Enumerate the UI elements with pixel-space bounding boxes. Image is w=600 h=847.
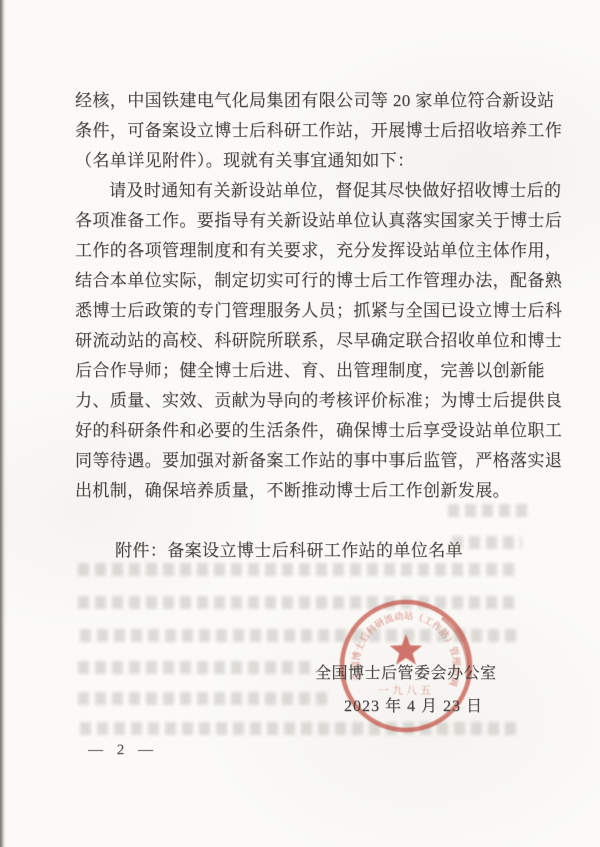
bleed-through-row [452,536,522,549]
scanned-document-page: 经核，中国铁建电气化局集团有限公司等 20 家单位符合新设站条件，可备案设立博士… [0,0,600,847]
bleed-through-row [78,661,310,674]
body-line: 各项准备工作。要指导有关新设站单位认真落实国家关于博士后 [75,206,530,236]
body-line: 请及时通知有关新设站单位，督促其尽快做好招收博士后的 [75,176,530,206]
scan-edge-artifact [0,0,7,847]
body-line: 结合本单位实际，制定切实可行的博士后工作管理办法，配备熟 [75,266,530,296]
document-date: 2023 年 4 月 23 日 [344,693,483,716]
body-line: 经核，中国铁建电气化局集团有限公司等 20 家单位符合新设站 [75,86,530,116]
bleed-through-row [448,504,528,517]
body-line: 力、质量、实效、贡献为导向的考核评价标准；为博士后提供良 [75,386,530,416]
body-line: 悉博士后政策的专门管理服务人员；抓紧与全国已设立博士后科 [75,296,530,326]
issuing-office-signature: 全国博士后管委会办公室 [315,660,497,683]
body-line: 同等待遇。要加强对新备案工作站的事中事后监管，严格落实退 [75,446,530,476]
body-line: 好的科研条件和必要的生活条件，确保博士后享受设站单位职工 [75,416,530,446]
body-line: 出机制，确保培养质量，不断推动博士后工作创新发展。 [75,476,530,506]
bleed-through-row [78,563,520,576]
body-line: 研流动站的高校、科研院所联系，尽早确定联合招收单位和博士 [75,326,530,356]
body-text: 经核，中国铁建电气化局集团有限公司等 20 家单位符合新设站条件，可备案设立博士… [75,86,530,566]
body-line: 后合作导师；健全博士后进、育、出管理制度，完善以创新能 [75,356,530,386]
body-line: （名单详见附件）。现就有关事宜通知如下： [75,146,530,176]
body-line: 条件，可备案设立博士后科研工作站，开展博士后招收培养工作 [75,116,530,146]
body-line: 工作的各项管理制度和有关要求，充分发挥设站单位主体作用， [75,236,530,266]
bleed-through-row [78,692,330,705]
page-number: — 2 — [88,742,158,759]
